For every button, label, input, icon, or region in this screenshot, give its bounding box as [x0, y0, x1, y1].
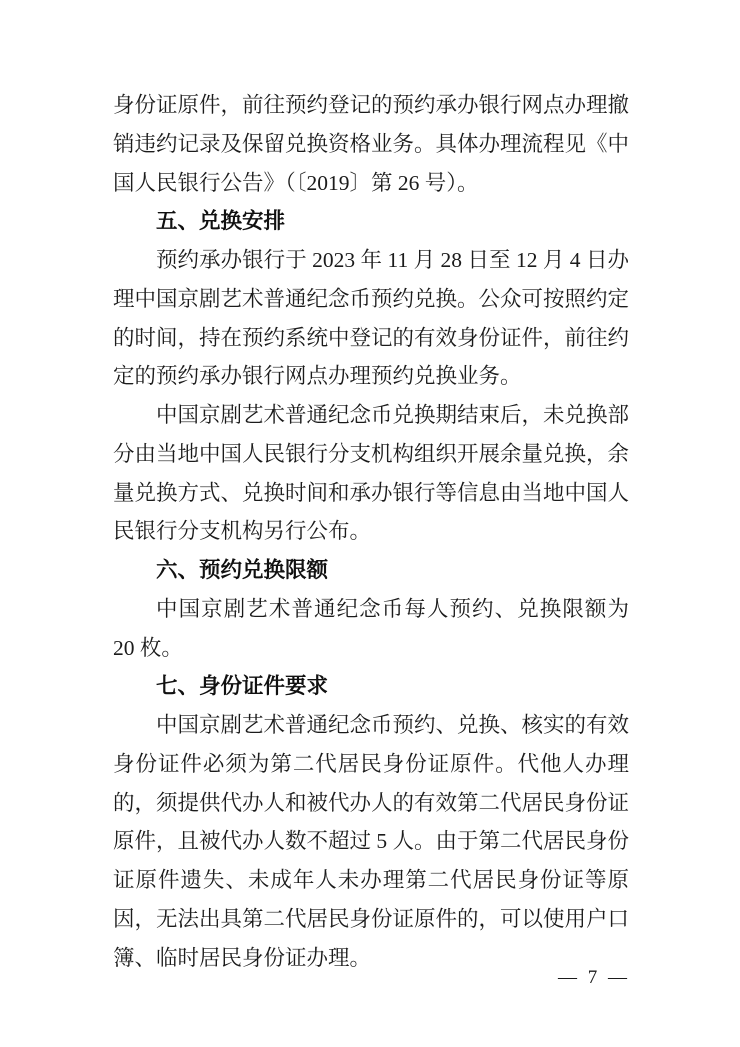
- continuation-paragraph: 身份证原件，前往预约登记的预约承办银行网点办理撤销违约记录及保留兑换资格业务。具…: [113, 86, 629, 202]
- section-heading-id-requirements: 七、身份证件要求: [113, 667, 629, 706]
- paragraph-remaining-exchange: 中国京剧艺术普通纪念币兑换期结束后，未兑换部分由当地中国人民银行分支机构组织开展…: [113, 396, 629, 551]
- section-heading-exchange-quota: 六、预约兑换限额: [113, 551, 629, 590]
- page-number: — 7 —: [558, 966, 630, 990]
- paragraph-id-requirements: 中国京剧艺术普通纪念币预约、兑换、核实的有效身份证件必须为第二代居民身份证原件。…: [113, 706, 629, 977]
- paragraph-exchange-dates: 预约承办银行于 2023 年 11 月 28 日至 12 月 4 日办理中国京剧…: [113, 241, 629, 396]
- document-page: 身份证原件，前往预约登记的预约承办银行网点办理撤销违约记录及保留兑换资格业务。具…: [0, 0, 740, 1047]
- paragraph-quota-limit: 中国京剧艺术普通纪念币每人预约、兑换限额为 20 枚。: [113, 590, 629, 668]
- section-heading-exchange-arrangement: 五、兑换安排: [113, 202, 629, 241]
- document-body: 身份证原件，前往预约登记的预约承办银行网点办理撤销违约记录及保留兑换资格业务。具…: [113, 86, 629, 977]
